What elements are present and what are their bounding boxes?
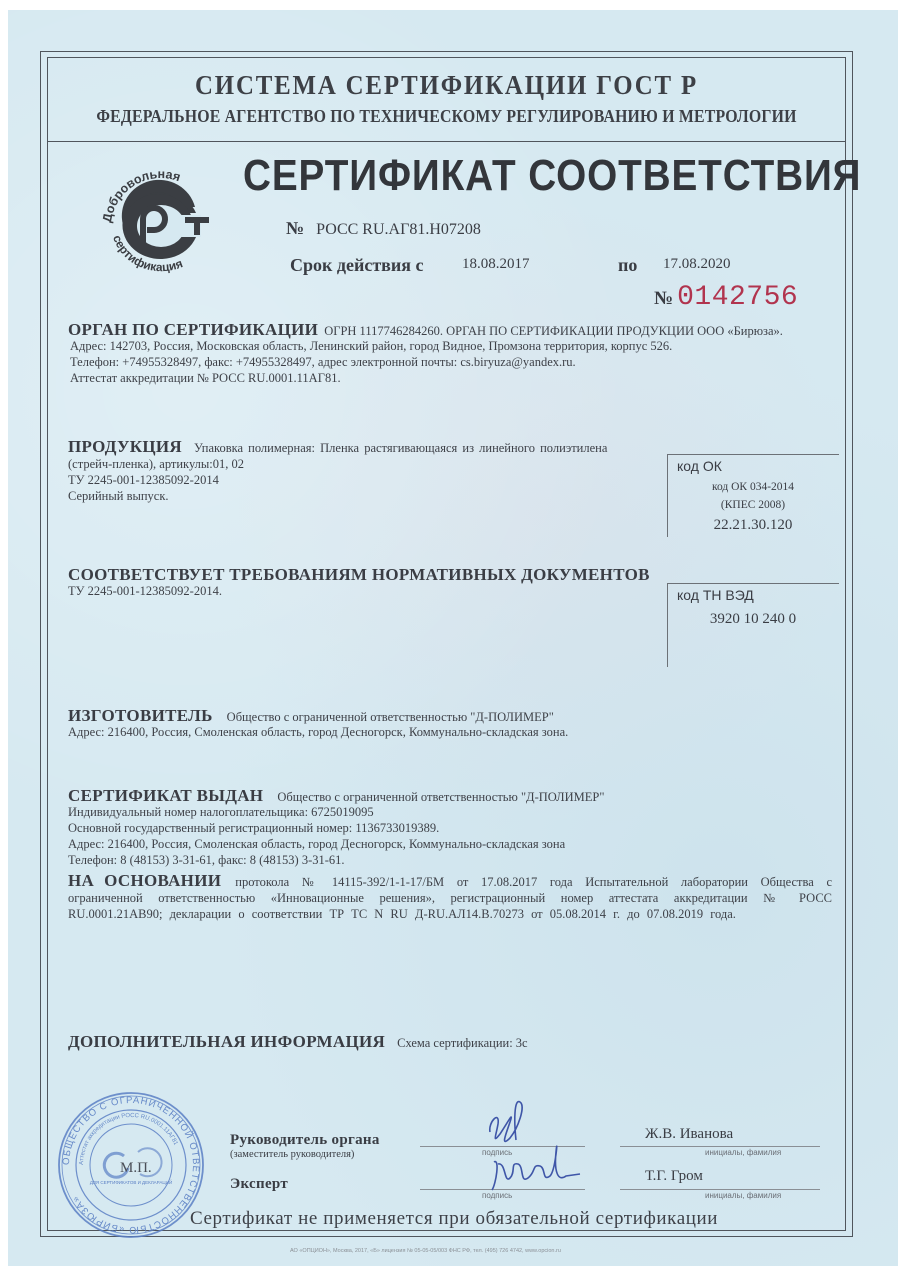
basis-block: НА ОСНОВАНИИпротокола № 14115-392/1-1-17… xyxy=(68,873,832,922)
certification-body-heading: ОРГАН ПО СЕРТИФИКАЦИИ xyxy=(68,320,318,339)
product-heading: ПРОДУКЦИЯ xyxy=(68,437,182,456)
issued-to-ogrn: Основной государственный регистрационный… xyxy=(68,821,439,836)
tnved-label: код ТН ВЭД xyxy=(677,587,754,603)
tnved-box-top xyxy=(667,583,839,584)
ok-code-edition: (КПЕС 2008) xyxy=(668,499,838,511)
expert-label: Эксперт xyxy=(230,1176,288,1193)
issued-to-inn: Индивидуальный номер налогоплательщика: … xyxy=(68,805,374,820)
issued-to-name: Общество с ограниченной ответственностью… xyxy=(277,790,604,804)
product-spec: ТУ 2245-001-12385092-2014 xyxy=(68,473,219,488)
conformity-document: ТУ 2245-001-12385092-2014. xyxy=(68,584,222,599)
expert-name: Т.Г. Гром xyxy=(645,1168,703,1185)
additional-info-heading: ДОПОЛНИТЕЛЬНАЯ ИНФОРМАЦИЯ xyxy=(68,1032,385,1051)
agency-title: ФЕДЕРАЛЬНОЕ АГЕНТСТВО ПО ТЕХНИЧЕСКОМУ РЕ… xyxy=(95,106,798,127)
valid-from: 18.08.2017 xyxy=(462,256,530,273)
blank-number-value: 0142756 xyxy=(677,282,798,313)
head-name-line xyxy=(620,1146,820,1147)
footer-note: Сертификат не применяется при обязательн… xyxy=(190,1208,718,1230)
conformity-heading: СООТВЕТСТВУЕТ ТРЕБОВАНИЯМ НОРМАТИВНЫХ ДО… xyxy=(68,565,650,585)
certification-body-address: Адрес: 142703, Россия, Московская област… xyxy=(70,339,672,354)
manufacturer-name: Общество с ограниченной ответственностью… xyxy=(227,710,554,724)
head-of-body-label: Руководитель органа xyxy=(230,1132,380,1149)
signature-scribble-icon xyxy=(470,1092,600,1202)
tnved-value: 3920 10 240 0 xyxy=(668,611,838,628)
seal-stamp-icon: ОБЩЕСТВО С ОГРАНИЧЕННОЙ ОТВЕТСТВЕННОСТЬЮ… xyxy=(56,1090,206,1240)
printer-imprint: АО «ОПЦИОН», Москва, 2017, «Б» лицензия … xyxy=(290,1248,561,1254)
ok-code-classifier: код ОК 034-2014 xyxy=(668,481,838,493)
head-name-caption: инициалы, фамилия xyxy=(705,1148,781,1157)
product-articles: (стрейч-пленка), артикулы:01, 02 xyxy=(68,457,244,472)
certification-scheme: Схема сертификации: 3с xyxy=(397,1036,528,1050)
ok-code-label: код ОК xyxy=(677,458,722,474)
seal-label: М.П. xyxy=(120,1160,152,1176)
number-sign: № xyxy=(286,218,304,238)
blank-number: №0142756 xyxy=(654,282,798,313)
issued-to-address: Адрес: 216400, Россия, Смоленская област… xyxy=(68,837,565,852)
manufacturer-line: ИЗГОТОВИТЕЛЬ Общество с ограниченной отв… xyxy=(68,706,554,726)
certification-body-accreditation: Аттестат аккредитации № РОСС RU.0001.11А… xyxy=(70,371,341,386)
issued-to-contacts: Телефон: 8 (48153) 3-31-61, факс: 8 (481… xyxy=(68,853,345,868)
stamp-center-text: ДЛЯ СЕРТИФИКАТОВ И ДЕКЛАРАЦИЙ xyxy=(90,1178,172,1185)
system-title: СИСТЕМА СЕРТИФИКАЦИИ ГОСТ Р xyxy=(79,70,814,101)
certificate-title: СЕРТИФИКАТ СООТВЕТСТВИЯ xyxy=(243,151,861,201)
issued-to-heading: СЕРТИФИКАТ ВЫДАН xyxy=(68,786,263,805)
manufacturer-address: Адрес: 216400, Россия, Смоленская област… xyxy=(68,725,568,740)
issued-to-line: СЕРТИФИКАТ ВЫДАН Общество с ограниченной… xyxy=(68,786,604,806)
certificate-number-value: РОСС RU.АГ81.Н07208 xyxy=(316,221,481,238)
expert-name-caption: инициалы, фамилия xyxy=(705,1191,781,1200)
ok-code-value: 22.21.30.120 xyxy=(668,517,838,534)
additional-info-line: ДОПОЛНИТЕЛЬНАЯ ИНФОРМАЦИЯ Схема сертифик… xyxy=(68,1032,528,1052)
certification-body-ogrn: ОГРН 1117746284260. ОРГАН ПО СЕРТИФИКАЦИ… xyxy=(324,324,783,338)
product-line: ПРОДУКЦИЯ Упаковка полимерная: Пленка ра… xyxy=(68,437,607,457)
product-release: Серийный выпуск. xyxy=(68,489,169,504)
valid-to-label: по xyxy=(618,255,637,276)
certificate-number: №РОСС RU.АГ81.Н07208 xyxy=(286,218,481,239)
expert-name-line xyxy=(620,1189,820,1190)
head-name: Ж.В. Иванова xyxy=(645,1126,733,1143)
basis-heading: НА ОСНОВАНИИ xyxy=(68,871,221,890)
certification-body-line: ОРГАН ПО СЕРТИФИКАЦИИ ОГРН 1117746284260… xyxy=(68,320,783,340)
manufacturer-heading: ИЗГОТОВИТЕЛЬ xyxy=(68,706,213,725)
valid-to: 17.08.2020 xyxy=(663,256,731,273)
blank-number-sign: № xyxy=(654,288,673,309)
header-divider xyxy=(47,141,846,142)
certification-body-contacts: Телефон: +74955328497, факс: +7495532849… xyxy=(70,355,576,370)
validity-label: Срок действия с xyxy=(290,255,424,276)
ok-code-box-top xyxy=(667,454,839,455)
product-description: Упаковка полимерная: Пленка растягивающа… xyxy=(194,441,607,455)
gost-r-logo-icon: Добровольная сертификация xyxy=(97,165,223,275)
deputy-label: (заместитель руководителя) xyxy=(230,1149,354,1160)
